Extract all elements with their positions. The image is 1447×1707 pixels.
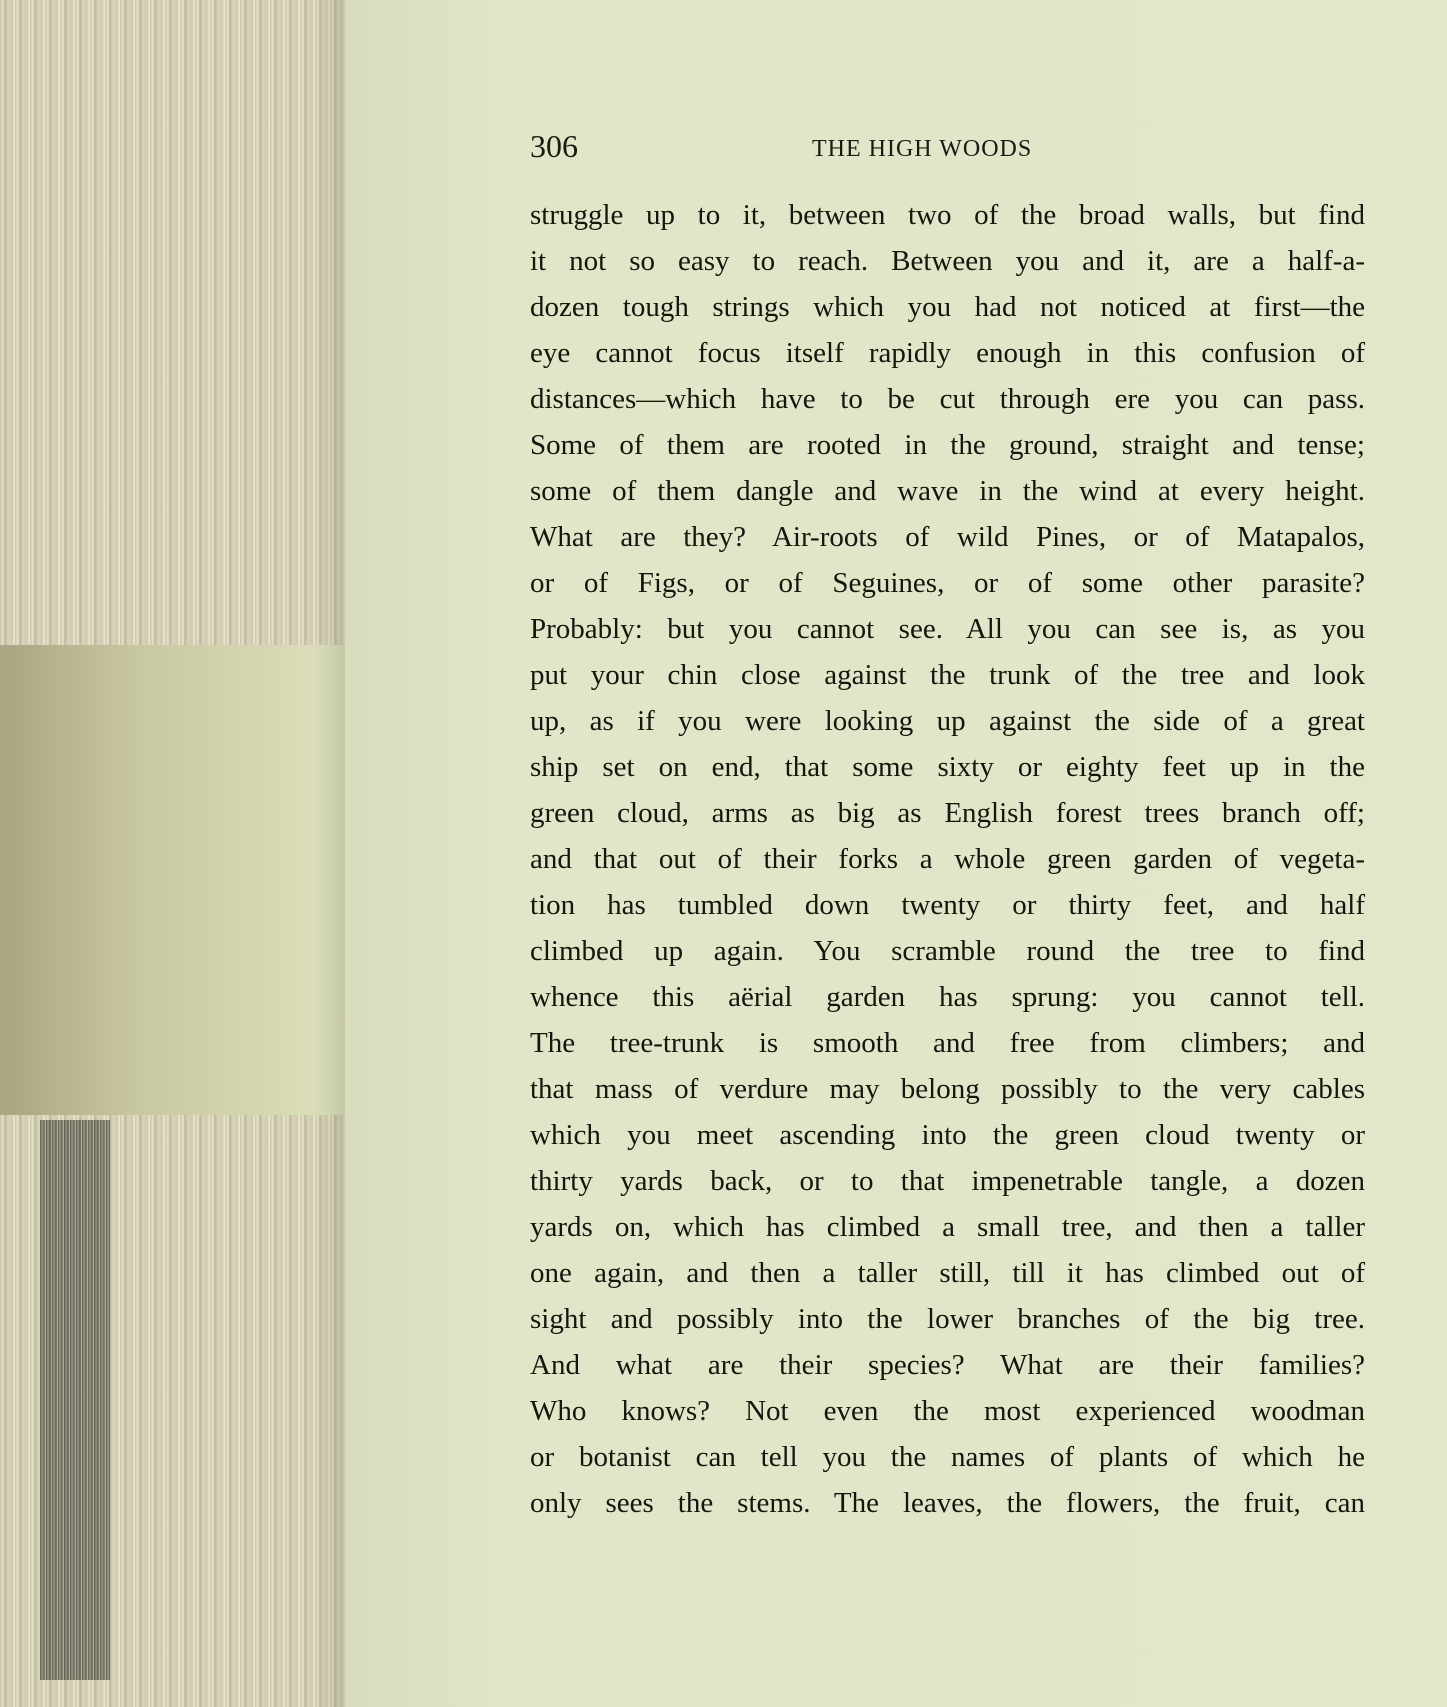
page-number: 306 bbox=[530, 128, 578, 165]
text-line: thirty yards back, or to that impenetrab… bbox=[530, 1158, 1365, 1204]
text-line: What are they? Air-roots of wild Pines, … bbox=[530, 514, 1365, 560]
text-line: yards on, which has climbed a small tree… bbox=[530, 1204, 1365, 1250]
page-header: 306 THE HIGH WOODS bbox=[530, 128, 1260, 168]
text-line: eye cannot focus itself rapidly enough i… bbox=[530, 330, 1365, 376]
text-line: tion has tumbled down twenty or thirty f… bbox=[530, 882, 1365, 928]
text-line: Some of them are rooted in the ground, s… bbox=[530, 422, 1365, 468]
text-line: The tree-trunk is smooth and free from c… bbox=[530, 1020, 1365, 1066]
running-head: THE HIGH WOODS bbox=[812, 136, 1032, 163]
book-page-edges bbox=[0, 0, 345, 1707]
text-line: that mass of verdure may belong possibly… bbox=[530, 1066, 1365, 1112]
text-line: Probably: but you cannot see. All you ca… bbox=[530, 606, 1365, 652]
page-edges-blur bbox=[0, 645, 345, 1115]
body-text: struggle up to it, between two of the br… bbox=[530, 192, 1365, 1526]
text-line: green cloud, arms as big as English fore… bbox=[530, 790, 1365, 836]
text-line: one again, and then a taller still, till… bbox=[530, 1250, 1365, 1296]
page-edges-dark-band bbox=[40, 1120, 110, 1680]
gutter-shadow bbox=[315, 0, 345, 1707]
text-line: some of them dangle and wave in the wind… bbox=[530, 468, 1365, 514]
text-line: or botanist can tell you the names of pl… bbox=[530, 1434, 1365, 1480]
text-line: And what are their species? What are the… bbox=[530, 1342, 1365, 1388]
text-line: climbed up again. You scramble round the… bbox=[530, 928, 1365, 974]
text-line: up, as if you were looking up against th… bbox=[530, 698, 1365, 744]
text-line: or of Figs, or of Seguines, or of some o… bbox=[530, 560, 1365, 606]
text-line: distances—which have to be cut through e… bbox=[530, 376, 1365, 422]
text-line: ship set on end, that some sixty or eigh… bbox=[530, 744, 1365, 790]
text-line: sight and possibly into the lower branch… bbox=[530, 1296, 1365, 1342]
text-line: Who knows? Not even the most experienced… bbox=[530, 1388, 1365, 1434]
text-line: put your chin close against the trunk of… bbox=[530, 652, 1365, 698]
text-line: struggle up to it, between two of the br… bbox=[530, 192, 1365, 238]
text-line: and that out of their forks a whole gree… bbox=[530, 836, 1365, 882]
text-line: only sees the stems. The leaves, the flo… bbox=[530, 1480, 1365, 1526]
text-line: which you meet ascending into the green … bbox=[530, 1112, 1365, 1158]
text-line: it not so easy to reach. Between you and… bbox=[530, 238, 1365, 284]
text-line: dozen tough strings which you had not no… bbox=[530, 284, 1365, 330]
text-line: whence this aërial garden has sprung: yo… bbox=[530, 974, 1365, 1020]
